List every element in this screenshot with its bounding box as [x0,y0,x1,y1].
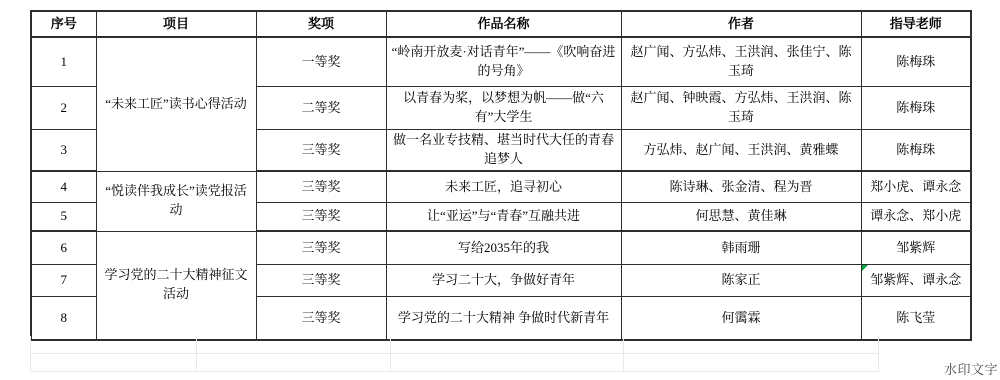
cell-no[interactable]: 2 [31,87,96,130]
empty-cell[interactable] [197,336,391,354]
cell-award[interactable]: 三等奖 [256,130,386,172]
cell-authors[interactable]: 方弘炜、赵广闻、王洪润、黄雅蝶 [621,130,861,172]
cell-title[interactable]: 学习党的二十大精神 争做时代新青年 [386,297,621,341]
cell-no[interactable]: 8 [31,297,96,341]
cell-project-group-2[interactable]: “悦读伴我成长”读党报活动 [96,171,256,231]
cell-award[interactable]: 三等奖 [256,297,386,341]
header-project[interactable]: 项目 [96,11,256,37]
cell-authors[interactable]: 赵广闻、钟映霞、方弘炜、王洪润、陈玉琦 [621,87,861,130]
table-row: 6 学习党的二十大精神征文活动 三等奖 写给2035年的我 韩雨珊 邹紫辉 [31,231,971,265]
cell-teacher[interactable]: 陈飞莹 [861,297,971,341]
table-row: 4 “悦读伴我成长”读党报活动 三等奖 未来工匠，追寻初心 陈诗琳、张金清、程为… [31,171,971,203]
cell-project-group-1[interactable]: “未来工匠”读书心得活动 [96,37,256,171]
cell-project-group-3[interactable]: 学习党的二十大精神征文活动 [96,231,256,340]
cell-authors[interactable]: 何思慧、黄佳琳 [621,203,861,232]
empty-grid-rows [30,336,879,372]
cell-no[interactable]: 4 [31,171,96,203]
empty-cell[interactable] [391,354,624,372]
awards-table: 序号 项目 奖项 作品名称 作者 指导老师 1 “未来工匠”读书心得活动 一等奖… [30,10,972,341]
cell-title[interactable]: 学习二十大，争做好青年 [386,265,621,297]
cell-authors[interactable]: 韩雨珊 [621,231,861,265]
empty-cell[interactable] [624,336,879,354]
cell-award[interactable]: 二等奖 [256,87,386,130]
cell-award[interactable]: 三等奖 [256,203,386,232]
cell-title[interactable]: 未来工匠，追寻初心 [386,171,621,203]
cell-no[interactable]: 7 [31,265,96,297]
cell-teacher-text: 邹紫辉、谭永念 [870,272,961,287]
cell-no[interactable]: 6 [31,231,96,265]
cell-authors[interactable]: 赵广闻、方弘炜、王洪润、张佳宁、陈玉琦 [621,37,861,87]
empty-cell[interactable] [624,354,879,372]
cell-teacher[interactable]: 陈梅珠 [861,130,971,172]
watermark-text: 水印文字 [944,359,998,378]
header-award[interactable]: 奖项 [256,11,386,37]
table-row: 1 “未来工匠”读书心得活动 一等奖 “岭南开放麦·对话青年”——《吹响奋进的号… [31,37,971,87]
cell-authors[interactable]: 何霭霖 [621,297,861,341]
cell-teacher[interactable]: 陈梅珠 [861,37,971,87]
empty-cell[interactable] [197,354,391,372]
spreadsheet-area: 序号 项目 奖项 作品名称 作者 指导老师 1 “未来工匠”读书心得活动 一等奖… [0,0,1000,380]
empty-cell[interactable] [391,336,624,354]
cell-teacher[interactable]: 郑小虎、谭永念 [861,171,971,203]
cell-award[interactable]: 三等奖 [256,171,386,203]
green-corner-marker-icon [862,265,868,271]
cell-no[interactable]: 5 [31,203,96,232]
cell-authors[interactable]: 陈家正 [621,265,861,297]
header-title[interactable]: 作品名称 [386,11,621,37]
cell-title[interactable]: 做一名业专技精、堪当时代大任的青春追梦人 [386,130,621,172]
cell-title[interactable]: 以青春为桨，以梦想为帆——做“六有”大学生 [386,87,621,130]
cell-teacher[interactable]: 谭永念、郑小虎 [861,203,971,232]
empty-cell[interactable] [31,336,197,354]
cell-teacher[interactable]: 邹紫辉、谭永念 [861,265,971,297]
cell-authors[interactable]: 陈诗琳、张金清、程为晋 [621,171,861,203]
cell-award[interactable]: 三等奖 [256,231,386,265]
empty-cell[interactable] [31,354,197,372]
cell-teacher[interactable]: 邹紫辉 [861,231,971,265]
cell-award[interactable]: 三等奖 [256,265,386,297]
cell-award[interactable]: 一等奖 [256,37,386,87]
cell-title[interactable]: 写给2035年的我 [386,231,621,265]
cell-no[interactable]: 1 [31,37,96,87]
header-authors[interactable]: 作者 [621,11,861,37]
header-row: 序号 项目 奖项 作品名称 作者 指导老师 [31,11,971,37]
header-teacher[interactable]: 指导老师 [861,11,971,37]
cell-no[interactable]: 3 [31,130,96,172]
cell-teacher[interactable]: 陈梅珠 [861,87,971,130]
cell-title[interactable]: “岭南开放麦·对话青年”——《吹响奋进的号角》 [386,37,621,87]
cell-title[interactable]: 让“亚运”与“青春”互融共进 [386,203,621,232]
header-no[interactable]: 序号 [31,11,96,37]
